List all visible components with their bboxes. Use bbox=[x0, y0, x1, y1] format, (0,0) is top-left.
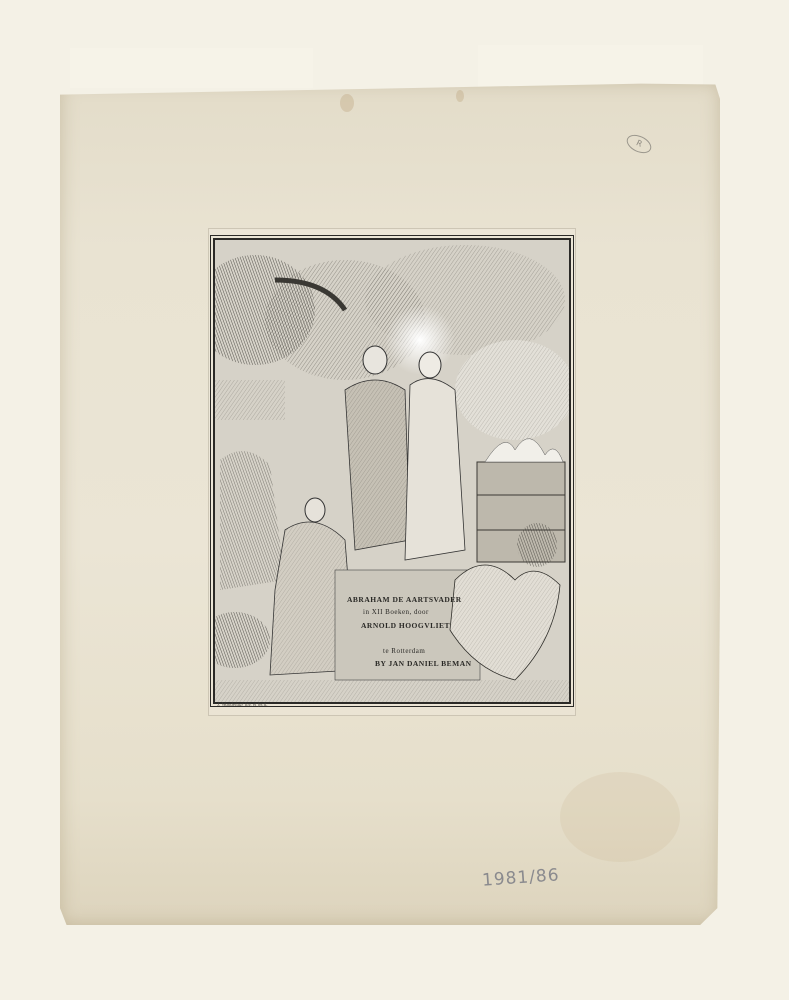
foxing-stain bbox=[340, 94, 354, 112]
backing-strip-left bbox=[70, 48, 313, 88]
subtitle-line: in XII Boeken, door bbox=[363, 608, 429, 616]
foxing-stain bbox=[456, 90, 464, 102]
place-line: te Rotterdam bbox=[383, 647, 425, 655]
artist-credit: J. Wandelaar inv. et fecit. bbox=[217, 703, 268, 708]
engraving-image: ABRAHAM DE AARTSVADER in XII Boeken, doo… bbox=[213, 238, 571, 704]
foxing-stain bbox=[560, 772, 680, 862]
backing-strip-right bbox=[478, 45, 703, 87]
title-line: ABRAHAM DE AARTSVADER bbox=[347, 595, 462, 604]
author-line: ARNOLD HOOGVLIET bbox=[361, 621, 450, 630]
engraving-scene-icon bbox=[215, 240, 569, 702]
publisher-line: by JAN DANIEL BEMAN bbox=[375, 659, 472, 668]
